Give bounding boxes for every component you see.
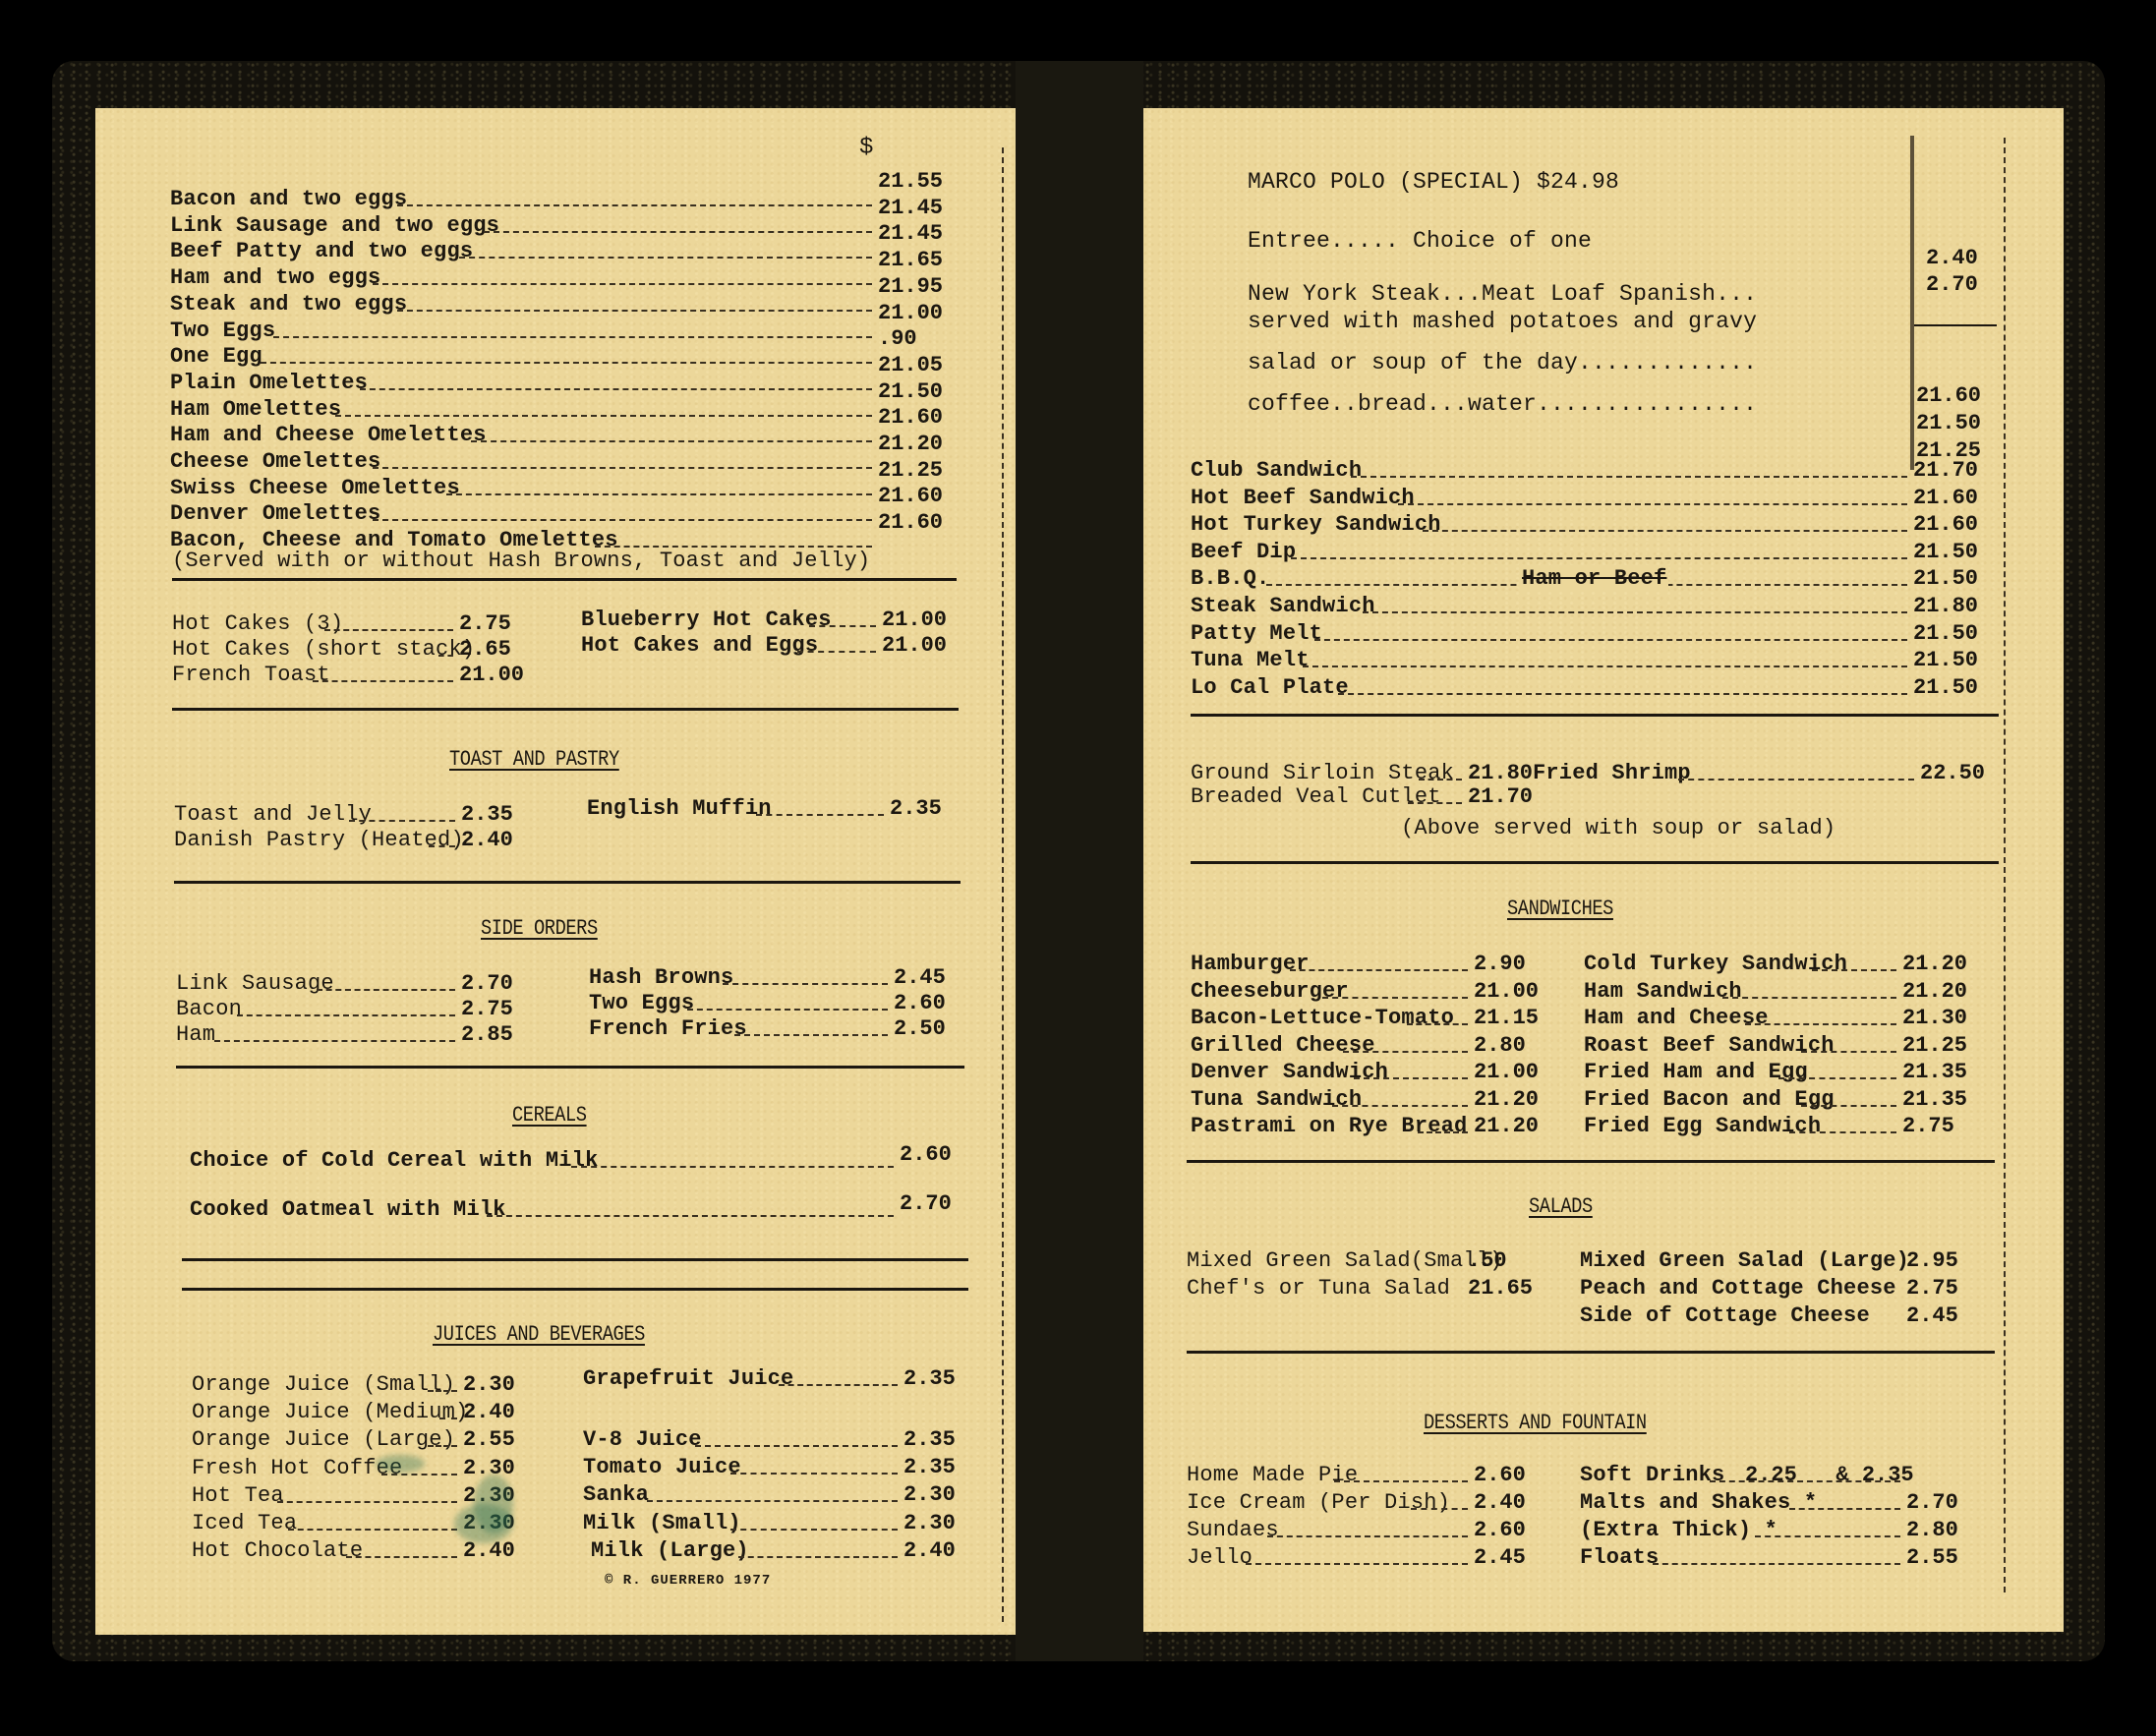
dot-leader — [346, 1556, 457, 1558]
special-title: MARCO POLO (SPECIAL) $24.98 — [1248, 169, 1619, 195]
menu-item-price: 21.50 — [1913, 621, 1978, 647]
section-title-toast-pastry: TOAST AND PASTRY — [449, 747, 619, 773]
dot-leader — [428, 1445, 457, 1447]
dot-leader — [1408, 802, 1462, 804]
dot-leader — [237, 1014, 455, 1016]
menu-item-name: One Egg — [170, 344, 262, 370]
menu-item-price: 2.55 — [1906, 1545, 1958, 1571]
menu-item-name: Ham Omelettes — [170, 397, 341, 423]
menu-item-price: 2.60 — [900, 1142, 952, 1168]
menu-item-price: 21.00 — [878, 301, 943, 326]
menu-item-price: 21.50 — [878, 379, 943, 405]
menu-item-price: 21.80 — [1468, 761, 1533, 786]
menu-item-name: Malts and Shakes * — [1580, 1490, 1817, 1516]
menu-item-price: 21.00 — [459, 663, 524, 688]
dot-leader — [1678, 779, 1914, 781]
menu-item-name: Toast and Jelly — [174, 802, 372, 828]
side-price: 2.40 — [1926, 246, 1978, 271]
dot-leader — [324, 629, 453, 631]
menu-item-name: Soft Drinks — [1580, 1463, 1724, 1488]
menu-item-name: Orange Juice (Medium) — [192, 1400, 468, 1425]
dot-leader — [429, 845, 455, 847]
dot-leader — [397, 310, 872, 312]
divider — [1191, 714, 1999, 717]
menu-item-name: Two Eggs — [170, 318, 275, 344]
menu-item-price: 2.80 — [1474, 1033, 1526, 1059]
menu-item-name: (Extra Thick) * — [1580, 1518, 1777, 1543]
menu-item-price: 21.00 — [882, 633, 947, 659]
dot-leader — [1407, 1023, 1468, 1025]
dot-leader — [738, 1556, 898, 1558]
dot-leader — [214, 1040, 455, 1042]
menu-item-name: Grapefruit Juice — [583, 1366, 793, 1392]
menu-item-price: 21.80 — [1913, 594, 1978, 619]
dot-leader — [1411, 1508, 1468, 1510]
menu-spine — [1016, 61, 1143, 1661]
menu-item-price: 21.65 — [1468, 1276, 1533, 1302]
dot-leader — [446, 493, 872, 495]
margin-line — [1002, 147, 1004, 1622]
menu-item-name: French Fries — [589, 1016, 747, 1042]
divider — [174, 881, 961, 884]
menu-item-name: Steak and two eggs — [170, 292, 407, 318]
menu-item-name: Ham and Cheese — [1584, 1006, 1769, 1031]
menu-item-price: 21.65 — [878, 248, 943, 273]
menu-item-price: 21.60 — [878, 510, 943, 536]
divider — [176, 1066, 964, 1069]
menu-item-price: .90 — [878, 326, 917, 352]
menu-item-price: 2.75 — [1902, 1114, 1954, 1139]
menu-item-price: 2.70 — [1906, 1490, 1958, 1516]
menu-item-price: 2.85 — [461, 1022, 513, 1048]
right-page: MARCO POLO (SPECIAL) $24.98 Entree..... … — [1143, 108, 2064, 1632]
menu-item-name: Hot Chocolate — [192, 1538, 363, 1564]
menu-item-name: Bacon — [176, 997, 242, 1022]
menu-item-price: 2.30 — [903, 1511, 956, 1536]
menu-item-name: Side of Cottage Cheese — [1580, 1303, 1870, 1329]
dot-leader — [1343, 1051, 1468, 1053]
divider — [1191, 861, 1999, 864]
dot-leader — [695, 1445, 898, 1447]
dot-leader — [1398, 503, 1907, 505]
menu-item-name: Home Made Pie — [1187, 1463, 1358, 1488]
menu-item-name: Lo Cal Plate — [1191, 675, 1349, 701]
dot-leader — [647, 1500, 898, 1502]
menu-item-name: Sundaes — [1187, 1518, 1279, 1543]
dot-leader — [288, 1529, 457, 1531]
special-line-1: New York Steak...Meat Loaf Spanish... — [1248, 281, 1757, 307]
menu-item-name: Orange Juice (Large) — [192, 1427, 455, 1453]
side-price: 21.60 — [1916, 383, 1981, 409]
menu-item-price: 2.35 — [461, 802, 513, 828]
menu-item-name: Fried Ham and Egg — [1584, 1060, 1808, 1085]
menu-item-price: 21.20 — [878, 432, 943, 457]
menu-item-name: Hot Beef Sandwich — [1191, 486, 1415, 511]
section-title-sandwiches: SANDWICHES — [1507, 897, 1613, 922]
dot-leader — [734, 1034, 888, 1036]
menu-item-price: 21.00 — [1474, 979, 1539, 1005]
menu-item-name: Ice Cream (Per Dish) — [1187, 1490, 1450, 1516]
menu-item-name: Tuna Melt — [1191, 648, 1310, 673]
menu-item-name: B.B.Q. — [1191, 566, 1269, 592]
divider — [182, 1288, 968, 1291]
special-entree: Entree..... Choice of one — [1248, 228, 1592, 254]
dot-leader — [1423, 530, 1907, 532]
dot-leader — [1267, 1535, 1468, 1537]
dot-leader — [484, 231, 872, 233]
menu-item-name: Hamburger — [1191, 952, 1310, 977]
menu-item-price: 21.20 — [1474, 1087, 1539, 1113]
menu-item-name: Ham and two eggs — [170, 265, 380, 291]
menu-item-price: 21.70 — [1913, 458, 1978, 484]
menu-item-name: Bacon-Lettuce-Tomato — [1191, 1006, 1454, 1031]
menu-item-name: Ham — [176, 1022, 215, 1048]
dot-leader — [373, 283, 872, 285]
margin-line — [2004, 138, 2006, 1592]
menu-item-price: 2.35 — [903, 1455, 956, 1480]
menu-item-price: 2.45 — [1906, 1303, 1958, 1329]
dot-leader — [1303, 665, 1907, 667]
side-price: 2.70 — [1926, 272, 1978, 298]
side-price: 21.50 — [1916, 411, 1981, 436]
dot-leader — [487, 1215, 894, 1217]
menu-item-price: 2.35 — [903, 1427, 956, 1453]
menu-item-price: 2.75 — [459, 611, 511, 637]
menu-item-price: 2.45 — [1474, 1545, 1526, 1571]
menu-item-name: Club Sandwich — [1191, 458, 1362, 484]
menu-item-price: 21.25 — [1902, 1033, 1967, 1059]
divider — [1914, 324, 1997, 326]
dot-leader — [313, 680, 453, 682]
dot-leader — [397, 204, 872, 206]
menu-item-name: Fried Egg Sandwich — [1584, 1114, 1821, 1139]
menu-item-name: Plain Omelettes — [170, 371, 368, 396]
menu-item-name: Fried Shrimp — [1533, 761, 1691, 786]
menu-item-price: 2.50 — [894, 1016, 946, 1042]
menu-item-name: Floats — [1580, 1545, 1659, 1571]
menu-item-name: Fried Bacon and Egg — [1584, 1087, 1835, 1113]
menu-item-name: Tomato Juice — [583, 1455, 741, 1480]
menu-item-name: Danish Pastry (Heated) — [174, 828, 464, 853]
menu-item-name: Link Sausage and two eggs — [170, 213, 499, 239]
menu-item-price: 21.05 — [878, 353, 943, 378]
dot-leader — [779, 1384, 898, 1386]
menu-item-name: Hot Cakes and Eggs — [581, 633, 818, 659]
dot-leader — [360, 388, 872, 390]
menu-item-name: Milk (Small) — [583, 1511, 741, 1536]
dot-leader — [1778, 1077, 1896, 1079]
section-title-side-orders: SIDE ORDERS — [481, 916, 598, 942]
menu-item-name: Beef Dip — [1191, 540, 1296, 565]
dot-leader — [439, 1418, 457, 1419]
dot-leader — [1789, 1508, 1900, 1510]
dot-leader — [1418, 1131, 1468, 1133]
left-page: $ Bacon and two eggs21.55Link Sausage an… — [95, 108, 1016, 1635]
section-title-cereals: CEREALS — [512, 1103, 587, 1128]
menu-item-name: Ground Sirloin Steak — [1191, 761, 1454, 786]
menu-item-name: Grilled Cheese — [1191, 1033, 1375, 1059]
dot-leader — [756, 814, 884, 816]
menu-item-name: Denver Sandwich — [1191, 1060, 1388, 1085]
dot-leader — [1801, 1105, 1896, 1107]
divider — [172, 578, 957, 581]
menu-item-price: 2.95 — [1906, 1248, 1958, 1274]
dot-leader — [459, 257, 872, 259]
dot-leader — [595, 546, 872, 548]
menu-item-price: 2.60 — [894, 991, 946, 1016]
menu-item-name: Steak Sandwich — [1191, 594, 1375, 619]
special-line-3: salad or soup of the day............. — [1248, 350, 1757, 376]
dot-leader — [1332, 1105, 1468, 1107]
dot-leader — [471, 440, 872, 442]
menu-item-name: Cheeseburger — [1191, 979, 1349, 1005]
special-line-2: served with mashed potatoes and gravy — [1248, 309, 1757, 334]
menu-item-name: Chef's or Tuna Salad — [1187, 1276, 1450, 1302]
dot-leader — [1334, 1480, 1468, 1482]
menu-item-price: 21.45 — [878, 196, 943, 221]
dot-leader — [1812, 969, 1896, 971]
menu-item-price: .50 — [1468, 1248, 1507, 1274]
menu-item-name: Beef Patty and two eggs — [170, 239, 473, 264]
menu-item-price: 21.55 — [878, 169, 943, 195]
menu-item-price: 2.45 — [894, 965, 946, 991]
dot-leader — [335, 415, 872, 417]
menu-item-price: 21.50 — [1913, 648, 1978, 673]
menu-item-price: 21.50 — [1913, 566, 1978, 592]
menu-item-price: 21.35 — [1902, 1060, 1967, 1085]
menu-item-price: 2.75 — [1906, 1276, 1958, 1302]
menu-item-price: 21.15 — [1474, 1006, 1539, 1031]
dot-leader — [438, 655, 453, 657]
menu-item-name: Jello — [1187, 1545, 1253, 1571]
currency-symbol: $ — [859, 136, 874, 161]
menu-item-price: 2.60 — [1474, 1463, 1526, 1488]
dot-leader — [1653, 1563, 1900, 1565]
dot-leader — [797, 651, 876, 653]
menu-item-price: 21.25 — [878, 458, 943, 484]
divider — [1187, 1351, 1995, 1354]
dot-leader — [1351, 476, 1907, 478]
dot-leader — [1755, 1535, 1900, 1537]
dot-leader — [723, 983, 888, 985]
section-title-beverages: JUICES AND BEVERAGES — [433, 1322, 645, 1348]
menu-item-name: V-8 Juice — [583, 1427, 702, 1453]
dot-leader — [571, 1166, 894, 1168]
dot-leader — [277, 1501, 457, 1503]
dot-leader — [687, 1009, 888, 1011]
menu-item-price: 2.35 — [890, 796, 942, 822]
dot-leader — [1291, 557, 1907, 559]
menu-item-note: Ham or Beef — [1520, 566, 1668, 592]
menu-item-name: Swiss Cheese Omelettes — [170, 476, 460, 501]
menu-item-name: Patty Melt — [1191, 621, 1322, 647]
menu-item-name: Cheese Omelettes — [170, 449, 380, 475]
dot-leader — [273, 336, 872, 338]
dot-leader — [381, 1474, 457, 1476]
stain — [376, 1455, 425, 1473]
section-title-salads: SALADS — [1529, 1194, 1593, 1220]
menu-item-name: Ham Sandwich — [1584, 979, 1742, 1005]
dot-leader — [1290, 969, 1468, 971]
menu-item-name: Iced Tea — [192, 1511, 297, 1536]
menu-item-price: 21.20 — [1474, 1114, 1539, 1139]
menu-item-name: Hot Cakes (short stack) — [172, 637, 475, 663]
menu-item-name: Breaded Veal Cutlet — [1191, 784, 1441, 810]
menu-item-name: Blueberry Hot Cakes — [581, 608, 832, 633]
menu-item-price: 2.30 — [463, 1372, 515, 1398]
menu-item-name: Hot Tea — [192, 1483, 284, 1509]
menu-item-price: 21.50 — [1913, 540, 1978, 565]
dot-leader — [1419, 779, 1462, 781]
menu-item-price: 21.00 — [882, 608, 947, 633]
menu-item-price: 2.25 & 2.35 — [1745, 1463, 1914, 1488]
menu-item-price: 2.35 — [903, 1366, 956, 1392]
dot-leader — [1801, 1051, 1896, 1053]
menu-item-price: 21.45 — [878, 221, 943, 247]
menu-item-name: Orange Juice (Small) — [192, 1372, 455, 1398]
menu-item-price: 2.30 — [903, 1482, 956, 1508]
menu-item-name: Sanka — [583, 1482, 649, 1508]
menu-item-name: English Muffin — [587, 796, 772, 822]
dot-leader — [1246, 1563, 1468, 1565]
dot-leader — [1354, 1077, 1468, 1079]
dot-leader — [1314, 639, 1907, 641]
menu-item-price: 2.40 — [1474, 1490, 1526, 1516]
menu-item-name: Tuna Sandwich — [1191, 1087, 1362, 1113]
dot-leader — [349, 820, 455, 822]
dot-leader — [1722, 997, 1896, 999]
menu-item-name: Hot Turkey Sandwich — [1191, 512, 1441, 538]
menu-item-price: 21.70 — [1468, 784, 1533, 810]
menu-item-price: 21.60 — [878, 484, 943, 509]
menu-item-name: Hash Browns — [589, 965, 733, 991]
menu-item-price: 2.55 — [463, 1427, 515, 1453]
dot-leader — [1745, 1023, 1896, 1025]
dot-leader — [373, 467, 872, 469]
menu-item-price: 21.20 — [1902, 952, 1967, 977]
menu-item-price: 21.60 — [878, 405, 943, 431]
dot-leader — [261, 362, 872, 364]
menu-item-name: Link Sausage — [176, 971, 334, 997]
menu-item-name: Two Eggs — [589, 991, 694, 1016]
menu-item-price: 2.75 — [461, 997, 513, 1022]
menu-item-price: 21.95 — [878, 274, 943, 300]
menu-item-price: 21.30 — [1902, 1006, 1967, 1031]
dot-leader — [317, 989, 455, 991]
menu-item-price: 2.80 — [1906, 1518, 1958, 1543]
menu-item-price: 2.40 — [461, 828, 513, 853]
menu-item-price: 2.90 — [1474, 952, 1526, 977]
menu-item-name: Denver Omelettes — [170, 501, 380, 527]
menu-item-price: 2.70 — [900, 1191, 952, 1217]
menu-item-price: 2.40 — [463, 1400, 515, 1425]
menu-item-name: French Toast — [172, 663, 330, 688]
menu-item-name: Peach and Cottage Cheese — [1580, 1276, 1896, 1302]
menu-item-name: Ham and Cheese Omelettes — [170, 423, 487, 448]
menu-item-price: 2.65 — [459, 637, 511, 663]
dot-leader — [1789, 1131, 1896, 1133]
menu-item-price: 22.50 — [1920, 761, 1985, 786]
menu-item-name: Hot Cakes (3) — [172, 611, 343, 637]
stain — [454, 1504, 513, 1543]
menu-item-name: Mixed Green Salad (Large) — [1580, 1248, 1909, 1274]
menu-item-price: 21.20 — [1902, 979, 1967, 1005]
menu-item-name: Fresh Hot Coffee — [192, 1456, 402, 1481]
margin-bar — [1910, 136, 1914, 470]
menu-item-price: 2.70 — [461, 971, 513, 997]
dot-leader — [730, 1529, 898, 1531]
section-title-desserts: DESSERTS AND FOUNTAIN — [1424, 1411, 1647, 1436]
dinners-note: (Above served with soup or salad) — [1401, 816, 1836, 841]
menu-item-name: Cold Turkey Sandwich — [1584, 952, 1847, 977]
breakfast-note: (Served with or without Hash Browns, Toa… — [172, 549, 870, 574]
dot-leader — [1338, 693, 1907, 695]
dot-leader — [1322, 997, 1468, 999]
menu-item-name: Milk (Large) — [591, 1538, 749, 1564]
menu-item-name: Mixed Green Salad(Small) — [1187, 1248, 1503, 1274]
menu-item-name: Pastrami on Rye Bread — [1191, 1114, 1467, 1139]
menu-item-name: Bacon and two eggs — [170, 187, 407, 212]
copyright: © R. GUERRERO 1977 — [605, 1573, 771, 1589]
menu-item-price: 21.60 — [1913, 486, 1978, 511]
dot-leader — [730, 1473, 898, 1475]
special-line-4: coffee..bread...water................ — [1248, 391, 1757, 417]
menu-item-price: 2.40 — [903, 1538, 956, 1564]
menu-item-price: 21.50 — [1913, 675, 1978, 701]
dot-leader — [1363, 611, 1907, 613]
menu-item-name: Choice of Cold Cereal with Milk — [190, 1148, 598, 1174]
dot-leader — [809, 625, 876, 627]
menu-item-price: 21.00 — [1474, 1060, 1539, 1085]
menu-item-price: 21.35 — [1902, 1087, 1967, 1113]
dot-leader — [428, 1390, 457, 1392]
menu-item-price: 2.60 — [1474, 1518, 1526, 1543]
dot-leader — [373, 519, 872, 521]
divider — [182, 1258, 968, 1261]
menu-item-name: Cooked Oatmeal with Milk — [190, 1197, 506, 1223]
menu-item-name: Roast Beef Sandwich — [1584, 1033, 1835, 1059]
divider — [1187, 1160, 1995, 1163]
menu-item-price: 21.60 — [1913, 512, 1978, 538]
divider — [172, 708, 959, 711]
